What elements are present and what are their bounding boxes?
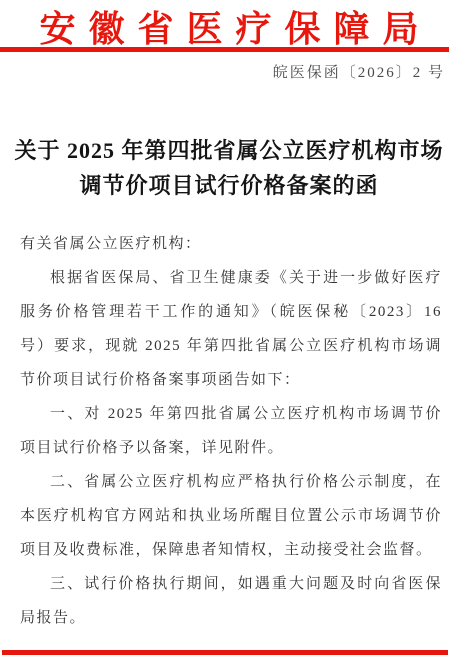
document-title-line2: 调节价项目试行价格备案的函 (0, 168, 458, 203)
paragraph-item-1: 一、对 2025 年第四批省属公立医疗机构市场调节价项目试行价格予以备案，详见附… (20, 397, 442, 465)
letterhead-divider-top (0, 47, 449, 52)
salutation: 有关省属公立医疗机构： (20, 227, 442, 261)
paragraph-item-3: 三、试行价格执行期间，如遇重大问题及时向省医保局报告。 (20, 567, 442, 635)
document-title: 关于 2025 年第四批省属公立医疗机构市场 调节价项目试行价格备案的函 (0, 133, 458, 203)
paragraph-item-2: 二、省属公立医疗机构应严格执行价格公示制度，在本医疗机构官方网站和执业场所醒目位… (20, 465, 442, 567)
document-page: 安徽省医疗保障局 皖医保函〔2026〕2 号 关于 2025 年第四批省属公立医… (0, 0, 458, 662)
paragraph-intro: 根据省医保局、省卫生健康委《关于进一步做好医疗服务价格管理若干工作的通知》（皖医… (20, 261, 442, 397)
agency-letterhead-title: 安徽省医疗保障局 (0, 1, 458, 52)
document-reference-number: 皖医保函〔2026〕2 号 (273, 61, 445, 82)
letter-body: 有关省属公立医疗机构： 根据省医保局、省卫生健康委《关于进一步做好医疗服务价格管… (20, 227, 442, 635)
page-divider-bottom (2, 650, 448, 655)
document-title-line1: 关于 2025 年第四批省属公立医疗机构市场 (0, 133, 458, 168)
